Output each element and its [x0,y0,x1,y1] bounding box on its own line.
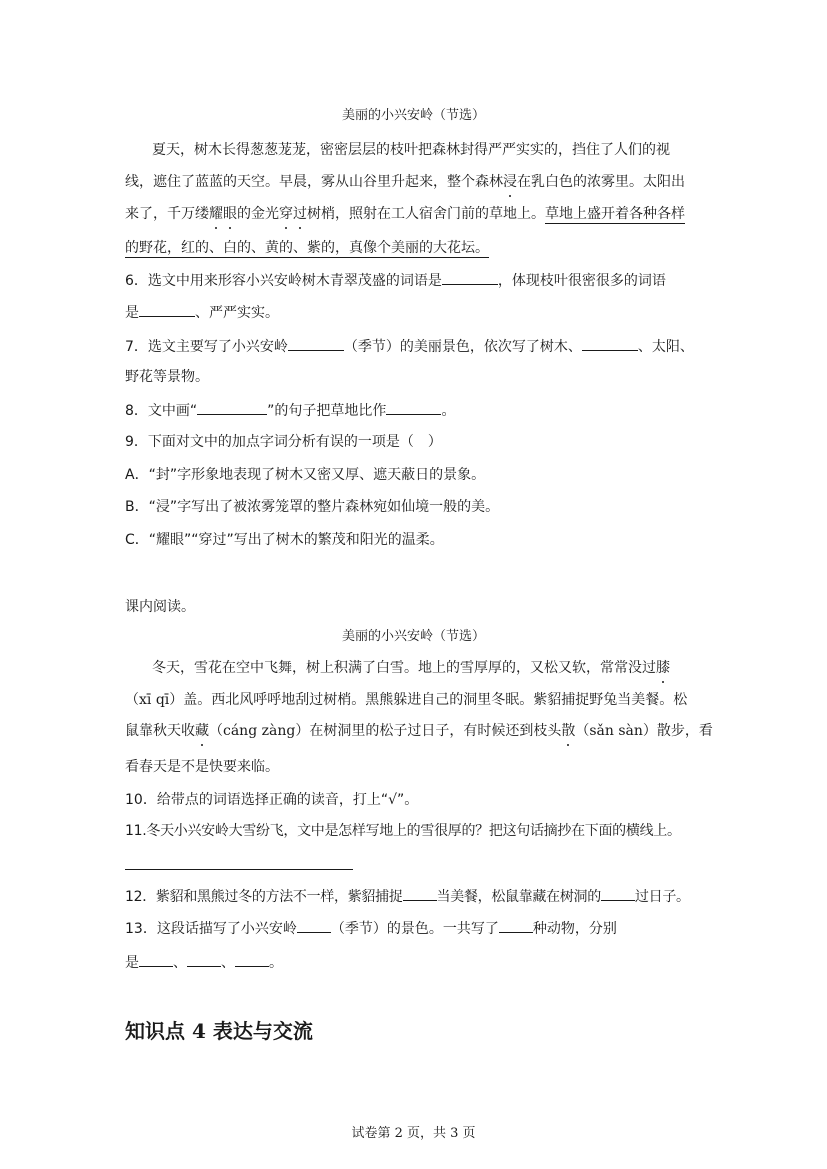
passage2-line1: 冬天，雪花在空中飞舞，树上积满了白雪。地上的雪厚厚的，又松又软，常常没过膝 [152,658,732,678]
question-11: 11.冬天小兴安岭大雪纷飞，文中是怎样写地上的雪很厚的？把这句话摘抄在下面的横线… [125,821,705,841]
answer-blank[interactable] [139,952,173,967]
question-9-option-b[interactable]: B．“浸”字写出了被浓雾笼罩的整片森林宛如仙境一般的美。 [125,497,705,517]
question-9-stem: 9．下面对文中的加点字词分析有误的一项是（ ） [125,432,705,452]
question-9-option-c[interactable]: C．“耀眼”“穿过”写出了树木的繁茂和阳光的温柔。 [125,530,705,550]
question-13-line1: 13．这段话描写了小兴安岭（季节）的景色。一共写了种动物，分别 [125,918,705,939]
answer-line-q11[interactable] [125,869,353,870]
question-8: 8．文中画“”的句子把草地比作。 [125,400,705,421]
page-footer: 试卷第 2 页，共 3 页 [0,1122,827,1141]
answer-blank[interactable] [297,918,331,933]
dotted-char-cang: 藏 [195,721,209,741]
section-heading: 知识点 4 表达与交流 [125,1018,313,1044]
question-7-line1: 7．选文主要写了小兴安岭（季节）的美丽景色，依次写了树木、、太阳、 [125,336,705,357]
question-6-line2: 是、严严实实。 [125,302,705,323]
answer-blank[interactable] [197,400,267,415]
passage1-line3: 来了，千万缕耀眼的金光穿过树梢，照射在工人宿舍门前的草地上。草地上盛开着各种各样 [125,204,705,224]
answer-blank[interactable] [288,336,344,351]
passage1-title: 美丽的小兴安岭（节选） [0,106,827,126]
passage2-line2: （xī qī）盖。西北风呼呼地刮过树梢。黑熊躲进自己的洞里冬眠。紫貂捕捉野兔当美… [125,690,705,710]
answer-blank[interactable] [403,886,437,901]
answer-blank[interactable] [442,270,498,285]
underlined-sentence-part1: 草地上盛开着各种各样 [545,206,685,224]
question-9-option-a[interactable]: A．“封”字形象地表现了树木又密又厚、遮天蔽日的景象。 [125,465,705,485]
answer-blank[interactable] [386,400,441,415]
passage2-line4: 看春天是不是快要来临。 [125,757,705,777]
question-13-line2: 是、、。 [125,952,705,973]
dotted-char-xi: 膝 [656,658,670,678]
passage1-line4: 的野花，红的、白的、黄的、紫的，真像个美丽的大花坛。 [125,238,705,258]
question-12: 12．紫貂和黑熊过冬的方法不一样，紫貂捕捉当美餐，松鼠靠藏在树洞的过日子。 [125,886,705,907]
question-6-line1: 6．选文中用来形容小兴安岭树木青翠茂盛的词语是，体现枝叶很密很多的词语 [125,270,705,291]
dotted-word-yaoyan: 耀眼 [209,206,237,222]
passage1-line1: 夏天，树木长得葱葱茏茏，密密层层的枝叶把森林封得严严实实的，挡住了人们的视 [152,140,732,160]
dotted-word-chuanguo: 穿过 [279,206,307,222]
answer-blank[interactable] [601,886,635,901]
exam-page: 美丽的小兴安岭（节选） 夏天，树木长得葱葱茏茏，密密层层的枝叶把森林封得严严实实… [0,0,827,1169]
question-10: 10．给带点的词语选择正确的读音，打上“√”。 [125,790,705,810]
passage2-title: 美丽的小兴安岭（节选） [0,627,827,647]
answer-blank[interactable] [187,952,221,967]
answer-blank[interactable] [139,302,195,317]
question-7-line2: 野花等景物。 [125,367,705,387]
passage1-line2: 线，遮住了蓝蓝的天空。早晨，雾从山谷里升起来，整个森林浸在乳白色的浓雾里。太阳出 [125,172,705,192]
section-intro: 课内阅读。 [125,597,705,617]
underlined-sentence-part2: 的野花，红的、白的、黄的、紫的，真像个美丽的大花坛。 [125,240,489,258]
answer-blank[interactable] [582,336,638,351]
answer-blank[interactable] [499,918,533,933]
dotted-char-jin: 浸 [503,172,517,192]
dotted-char-san: 散 [561,721,575,741]
passage2-line3: 鼠靠秋天收藏（cáng zàng）在树洞里的松子过日子，有时候还到枝头散（sǎn… [125,721,705,741]
answer-blank[interactable] [235,952,269,967]
